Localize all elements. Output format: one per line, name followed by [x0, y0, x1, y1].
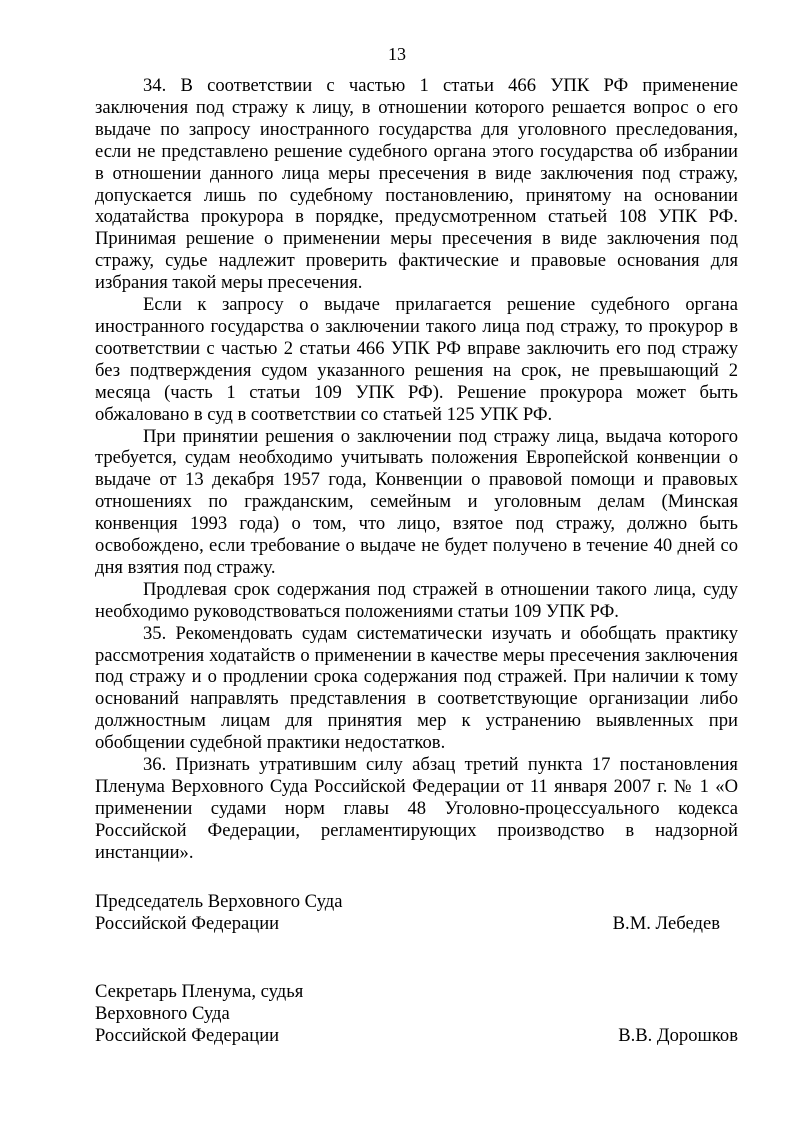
page-number: 13: [0, 43, 794, 65]
signature-title-line: Верховного Суда: [95, 1003, 738, 1025]
signature-title-line: Секретарь Пленума, судья: [95, 981, 738, 1003]
paragraph-36: 36. Признать утратившим силу абзац трети…: [95, 754, 738, 864]
signature-secretary: Секретарь Пленума, судья Верховного Суда…: [95, 981, 738, 1047]
paragraph-34-extradition-decision: Если к запросу о выдаче прилагается реше…: [95, 294, 738, 425]
document-body: 34. В соответствии с частью 1 статьи 466…: [95, 75, 738, 864]
paragraph-34: 34. В соответствии с частью 1 статьи 466…: [95, 75, 738, 294]
signature-name: В.В. Дорошков: [618, 1025, 738, 1047]
paragraph-34-conventions: При принятии решения о заключении под ст…: [95, 426, 738, 579]
signature-title-line: Председатель Верховного Суда: [95, 891, 738, 913]
document-page: 13 34. В соответствии с частью 1 статьи …: [0, 0, 794, 1123]
paragraph-35: 35. Рекомендовать судам систематически и…: [95, 623, 738, 754]
signature-title-line: Российской Федерации: [95, 1025, 279, 1047]
paragraph-34-extension: Продлевая срок содержания под стражей в …: [95, 579, 738, 623]
signature-chairman: Председатель Верховного Суда Российской …: [95, 891, 738, 935]
signature-title-line: Российской Федерации: [95, 913, 279, 935]
signature-name: В.М. Лебедев: [613, 913, 720, 935]
